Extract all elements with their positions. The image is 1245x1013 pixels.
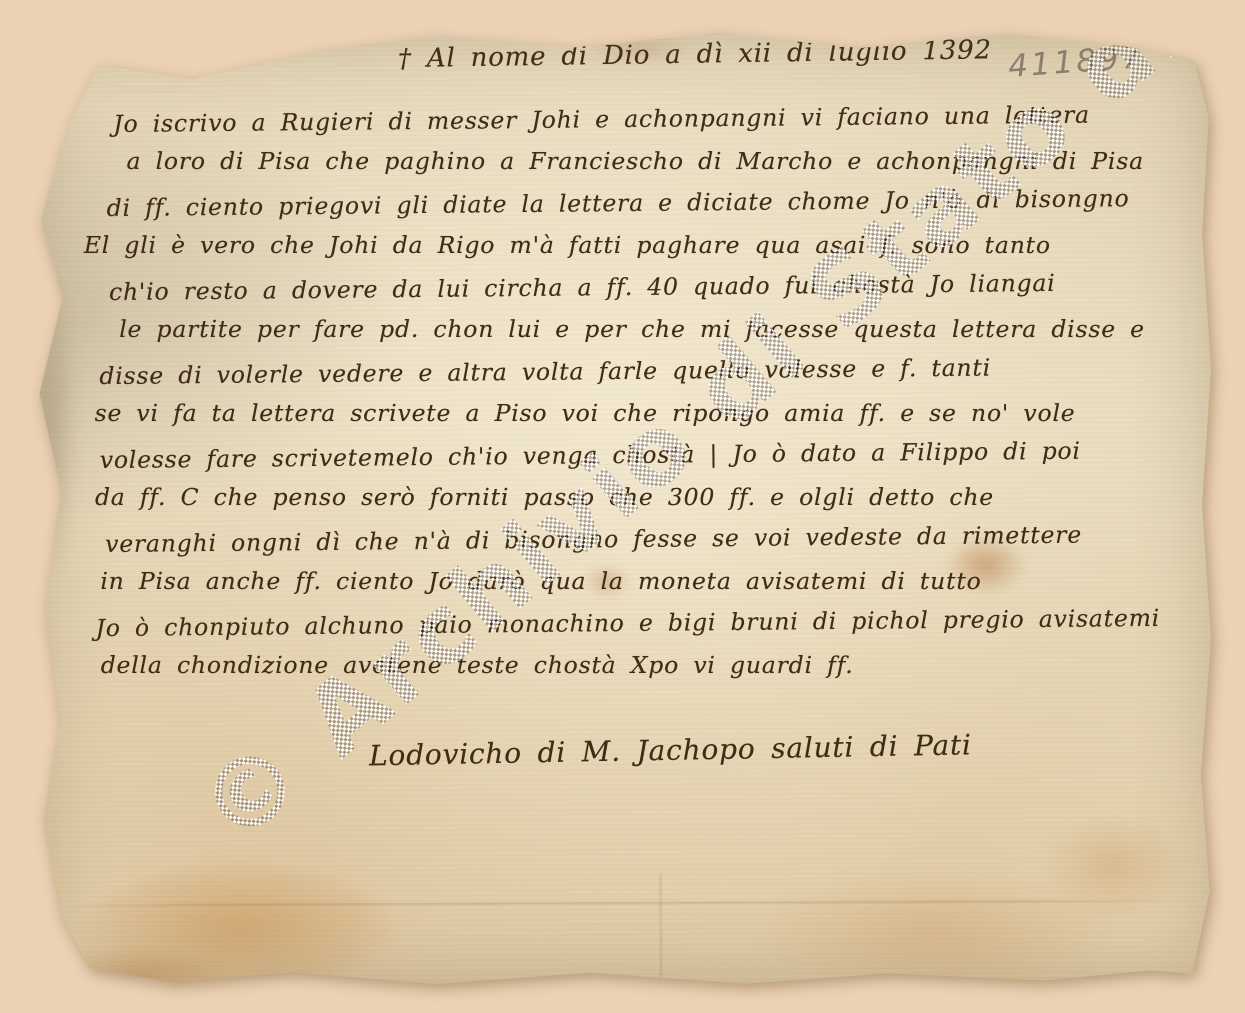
scanned-document-page: † Al nome di Dio a dì xii di luglio 1392… bbox=[0, 0, 1245, 1013]
body-line: disse di volerle vedere e altra volta fa… bbox=[99, 345, 1159, 397]
stain-bottom-left-edge bbox=[40, 946, 230, 1007]
stain-right-lower bbox=[1039, 812, 1189, 923]
body-line: le partite per fare pd. chon lui e per c… bbox=[119, 308, 1159, 350]
horizontal-fold-crease bbox=[50, 899, 1200, 906]
body-line: in Pisa anche ff. ciento Jo darò qua la … bbox=[100, 560, 1160, 602]
paper-sheet-wrapper: † Al nome di Dio a dì xii di luglio 1392… bbox=[28, 24, 1220, 990]
stain-left-mid-edge bbox=[17, 276, 78, 576]
body-line: della chondizione avetene teste chostà X… bbox=[101, 644, 1161, 686]
body-line: da ff. C che penso serò forniti passo ch… bbox=[95, 476, 1160, 518]
stain-bottom-left-cluster bbox=[85, 860, 396, 996]
body-line: a loro di Pisa che paghino a Franciescho… bbox=[126, 140, 1158, 182]
signature-line: Lodovicho di M. Jachopo saluti di Pati bbox=[369, 728, 972, 772]
archive-inventory-number: 411897 bbox=[1007, 39, 1146, 85]
manuscript-paper: † Al nome di Dio a dì xii di luglio 1392… bbox=[26, 21, 1222, 992]
body-line: veranghi ongni dì che n'à di bisongno fe… bbox=[105, 513, 1160, 565]
vertical-fold-crease bbox=[660, 874, 663, 989]
body-line: ch'io resto a dovere da lui circha a ff.… bbox=[109, 261, 1159, 313]
invocation-date-line: † Al nome di Dio a dì xii di luglio 1392 bbox=[398, 35, 992, 74]
body-line: El gli è vero che Johi da Rigo m'à fatti… bbox=[84, 224, 1159, 266]
stain-bottom-right-wash bbox=[750, 867, 1111, 999]
body-line: se vi fa ta lettera scrivete a Piso voi … bbox=[95, 392, 1160, 434]
body-line: Jo ò chonpiuto alchuno paio monachino e … bbox=[95, 597, 1160, 649]
letter-body: Jo iscrivo a Rugieri di messer Johi e ac… bbox=[81, 96, 1160, 689]
body-line: Jo iscrivo a Rugieri di messer Johi e ac… bbox=[113, 93, 1158, 145]
body-line: volesse fare scrivetemelo ch'io venga ch… bbox=[100, 429, 1160, 481]
body-line: di ff. ciento priegovi gli diate la lett… bbox=[106, 177, 1158, 229]
